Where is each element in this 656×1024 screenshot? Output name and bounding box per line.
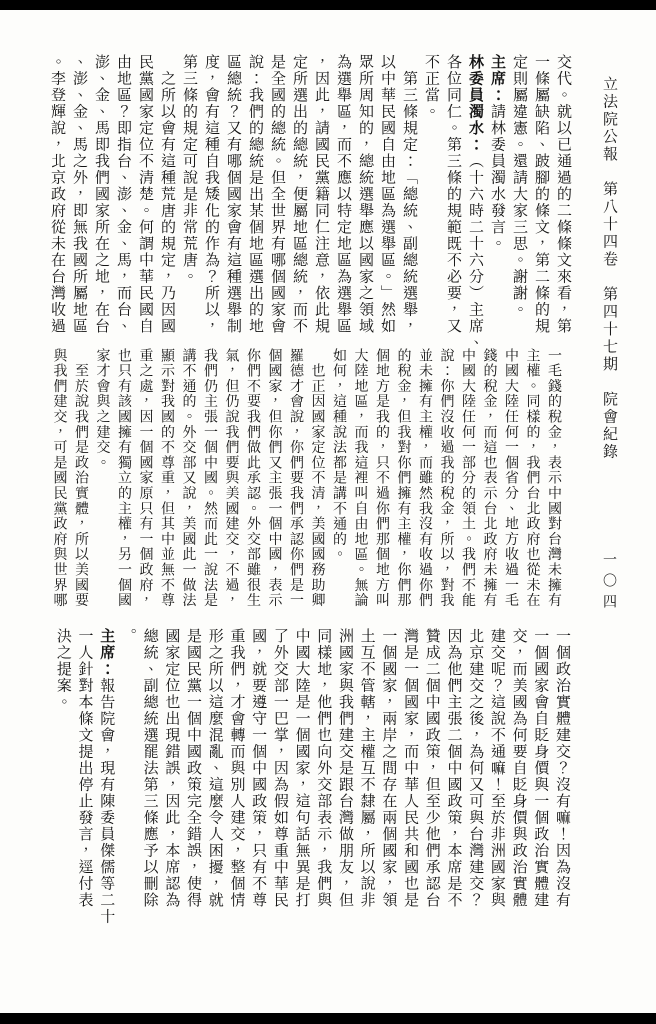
text-column: 一條屬缺陷、跛腳的條文，第二條的規 [530, 54, 552, 352]
text-column: 各位同仁。第三條的規範既不必要，又 [442, 54, 464, 352]
text-column: 顯示對我國的不尊重，但其中並無不尊 [156, 348, 178, 616]
text-column: 一個國家會自貶身價與一個政治實體建 [529, 628, 551, 928]
text-column: 重之處，因一個國家原只有一個政府， [134, 348, 156, 616]
text-column: 氣，但仍說我們要與美國建交，不過， [220, 348, 242, 616]
text-column: 澎、金、馬即我們國家所在之地，在台 [90, 54, 112, 352]
text-column: 定則屬違憲。還請大家三思。謝謝。 [508, 54, 530, 352]
text-column: 說：你們沒收過我的稅金，所以，對我 [435, 348, 457, 616]
text-column: 個國家，但你們又主張一個中國，表示 [263, 348, 285, 616]
text-column: 說：我們的總統是出某個地區選出的地 [244, 54, 266, 352]
text-column: 由地區？即指台、澎、金、馬，而台、 [112, 54, 134, 352]
text-column: 民黨國家定位不清楚。何謂中華民國自 [134, 54, 156, 352]
text-column: 至於說我們是政治實體，所以美國要 [70, 348, 92, 616]
text-column: 中國大陸任何一部分的領土。我們不能 [457, 348, 479, 616]
text-column: 中國大陸任何一個省分、地方收過一毛 [500, 348, 522, 616]
text-column: 講不通的。外交部又說，美國此一做法 [177, 348, 199, 616]
text-column: 之所以會有這種荒唐的規定，乃因國 [156, 54, 178, 352]
text-column: 我們仍主張一個中國。然而此一說法是 [199, 348, 221, 616]
text-column: 第三條的規定可說是非常荒唐。 [178, 54, 200, 352]
text-column: 中國大陸是一個國家，這句話無異是打 [290, 628, 312, 928]
text-column: 灣是一個國家，而中華人民共和國也是 [398, 628, 420, 928]
text-column: 同樣地，他們也向外交部表示，我們與 [312, 628, 334, 928]
text-column: 國，就要遵守一個中國政策，只有不尊 [246, 628, 268, 928]
text-column: 為選舉區，而不應以特定地區為選舉區 [332, 54, 354, 352]
text-column: 重我們，才會轉而與別人建交，整個情 [225, 628, 247, 928]
text-column: 眾所周知的，總統選舉應以國家之領域 [354, 54, 376, 352]
text-column: 贊成二個中國政策，但至少他們承認台 [420, 628, 442, 928]
text-column: 定所選出的總統，便屬地區總統，而不 [288, 54, 310, 352]
text-column: 錢的稅金，而這也表示台北政府未擁有 [478, 348, 500, 616]
text-column: 如何，這種說法都是講不通的。 [328, 348, 350, 616]
text-column: 一個國家，兩岸之間存在兩個國家，領 [377, 628, 399, 928]
text-column: 建交呢？這說不通嘛！至於非洲國家與 [485, 628, 507, 928]
text-column: 大陸地區，而我這裡叫自由地區。無論 [349, 348, 371, 616]
text-column: 是國民黨一個中國政策完全錯誤，使得 [181, 628, 203, 928]
text-column: 交代。就以已通過的二條條文來看，第 [552, 54, 574, 352]
text-column: 、澎、金、馬之外，即無我國所屬地區 [68, 54, 90, 352]
text-column: 一個政治實體建交？沒有嘛！因為沒有 [550, 628, 572, 928]
text-column: 不正當。 [420, 54, 442, 352]
text-column: 以中華民國自由地區為選舉區。」然如 [376, 54, 398, 352]
text-column: 土互不管轄，主權互不隸屬，所以說非 [355, 628, 377, 928]
middle-text-block: 一毛錢的稅金，表示中國對台灣未擁有主權。同樣的，我們台北政府也從未在中國大陸任何… [48, 348, 564, 616]
text-column: 也只有該國擁有獨立的主權，另一個國 [113, 348, 135, 616]
speaker-name: 主席： [489, 54, 505, 104]
top-text-block: 交代。就以已通過的二條條文來看，第一條屬缺陷、跛腳的條文，第二條的規定則屬違憲。… [46, 54, 574, 352]
text-column: 區總統？又有哪個國家會有這種選舉制 [222, 54, 244, 352]
text-column: 林委員濁水：（十六時二十六分）主席、 [464, 54, 486, 352]
text-column: 主權。同樣的，我們台北政府也從未在 [521, 348, 543, 616]
text-column: 個地方是我的，只不過你們那個地方叫 [371, 348, 393, 616]
text-column: 交，而美國為何要自貶身價與政治實體 [507, 628, 529, 928]
text-column: 羅德才會說，你們要我們承認你們是一 [285, 348, 307, 616]
text-column: 主席：報告院會，現有陳委員傑儒等二十 [95, 628, 117, 928]
text-column: 度，會有這種自我矮化的作為？所以， [200, 54, 222, 352]
text-column: 一人針對本條文提出停止發言，逕付表 [73, 628, 95, 928]
text-column: 家才會與之建交。 [91, 348, 113, 616]
text-column: 也正因國家定位不清，美國國務助卿 [306, 348, 328, 616]
text-column: 北京建交之後，為何又可與台灣建交？ [463, 628, 485, 928]
scan-border-top [0, 0, 656, 10]
bottom-text-block: 一個政治實體建交？沒有嘛！因為沒有一個國家會自貶身價與一個政治實體建交，而美國為… [51, 628, 572, 928]
text-column: 一毛錢的稅金，表示中國對台灣未擁有 [543, 348, 565, 616]
page-number: 一〇四 [598, 552, 618, 642]
text-column: 與我們建交，可是國民黨政府與世界哪 [48, 348, 70, 616]
scan-border-bottom [0, 1013, 656, 1024]
text-column: 主席：請林委員濁水發言。 [486, 54, 508, 352]
text-column: 是全國的總統。但全世界有哪個國家會 [266, 54, 288, 352]
text-column: 。 [116, 628, 138, 928]
speaker-name: 林委員濁水： [467, 54, 483, 153]
gazette-page: { "header": { "title": "立法院公報 第八十四卷 第四十七… [0, 0, 656, 1024]
text-column: 了外交部一巴掌，因為假如尊重中華民 [268, 628, 290, 928]
text-column: 並未擁有主權，而雖然我沒有收過你們 [414, 348, 436, 616]
running-header: 立法院公報 第八十四卷 第四十七期 院會紀錄 [599, 76, 620, 476]
text-column: 總統、副總統選罷法第三條應予以刪除 [138, 628, 160, 928]
text-column: 洲國家與我們建交是跟台灣做朋友，但 [333, 628, 355, 928]
text-column: 的稅金，但我對你們擁有主權，你們那 [392, 348, 414, 616]
text-column: 你們不要我們做此承認。外交部雖很生 [242, 348, 264, 616]
text-column: 因為他們主張二個中國政策，本席是不 [442, 628, 464, 928]
text-column: 國家定位也出現錯誤，因此，本席認為 [160, 628, 182, 928]
text-column: 。李登輝說，北京政府從未在台灣收過 [46, 54, 68, 352]
speaker-name: 主席： [98, 628, 114, 678]
text-column: 決之提案。 [51, 628, 73, 928]
text-column: 形之所以這麼混亂、這麼令人困擾，就 [203, 628, 225, 928]
text-column: ，因此，請國民黨籍同仁注意，依此規 [310, 54, 332, 352]
text-column: 第三條規定：「總統、副總統選舉， [398, 54, 420, 352]
